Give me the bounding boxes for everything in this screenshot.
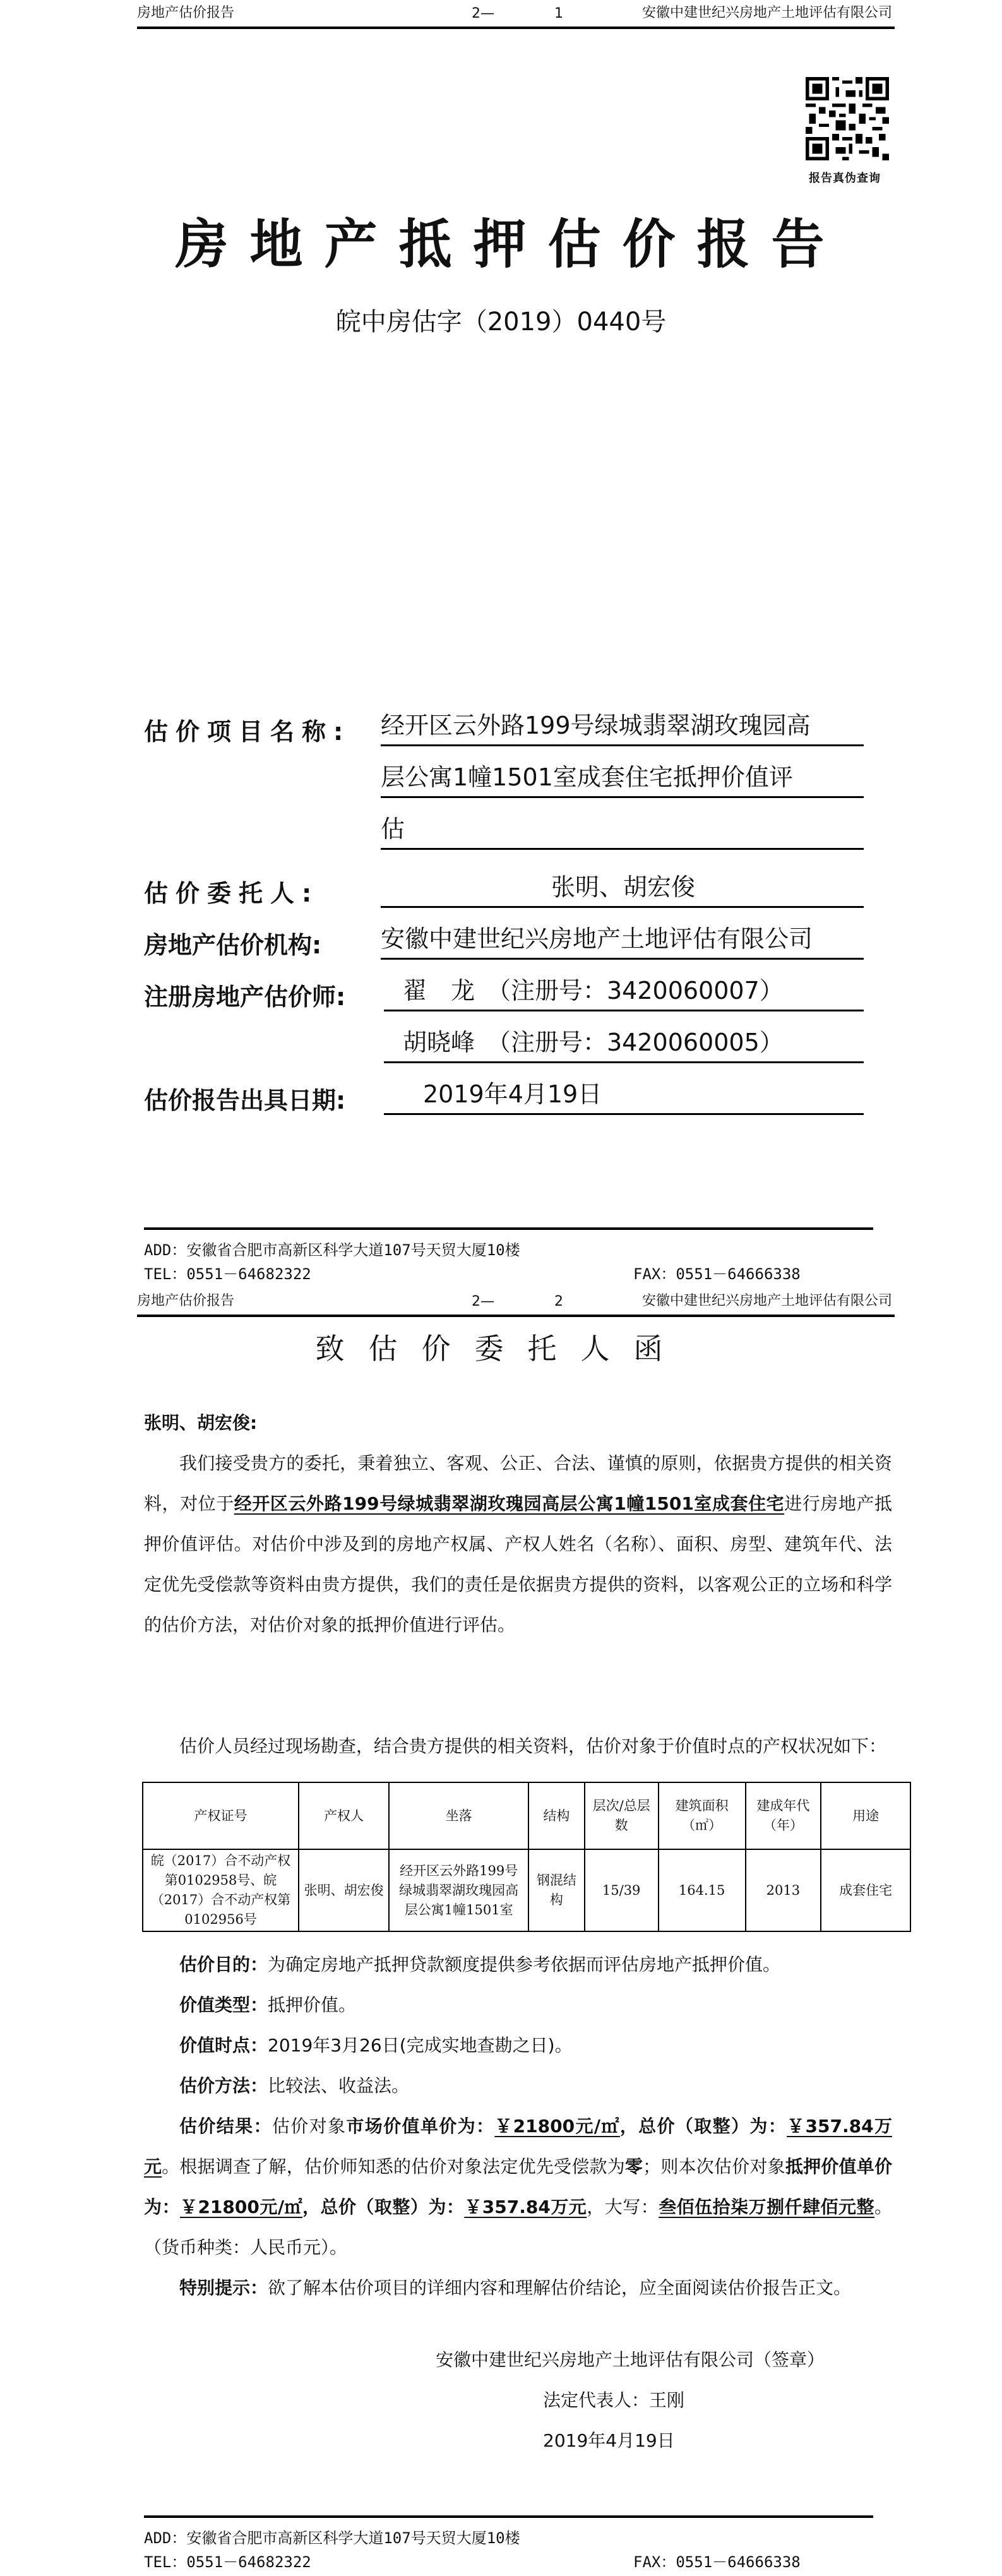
priority-claim-amount: 零 [625, 2156, 643, 2177]
signature-company: 安徽中建世纪兴房地产土地评估有限公司（签章） [436, 2346, 825, 2371]
header-report-type: 房地产估价报告 [137, 1290, 234, 1309]
agency-value: 安徽中建世纪兴房地产土地评估有限公司 [381, 919, 813, 954]
signature-date: 2019年4月19日 [543, 2427, 675, 2452]
page-header: 房地产估价报告 2—1 安徽中建世纪兴房地产土地评估有限公司 [137, 0, 895, 29]
salutation: 张明、胡宏俊: [144, 1403, 892, 1443]
qr-code-icon[interactable] [806, 77, 889, 160]
page-header: 房地产估价报告 2—2 安徽中建世纪兴房地产土地评估有限公司 [137, 1288, 895, 1317]
footer-fax: FAX：0551－64666338 [633, 1261, 801, 1284]
special-notice: 特别提示：欲了解本估价项目的详细内容和理解估价结论，应全面阅读估价报告正文。 [144, 2268, 892, 2308]
report-verification[interactable]: 报告真伪查询 [801, 77, 889, 186]
valuation-result: 估价结果：估价对象市场价值单价为：￥21800元/㎡，总价（取整）为：￥357.… [144, 2106, 892, 2268]
footer-fax: FAX：0551－64666338 [633, 2549, 801, 2572]
header-company: 安徽中建世纪兴房地产土地评估有限公司 [642, 1290, 892, 1309]
header-page-number: 2—2 [472, 1294, 563, 1309]
project-name-line1: 经开区云外路199号绿城翡翠湖玫瑰园高 [381, 706, 811, 741]
appraiser-label: 注册房地产估价师: [144, 977, 345, 1012]
table-header-row: 产权证号 产权人 坐落 结构 层次/总层数 建筑面积（㎡） 建成年代（年） 用途 [143, 1782, 910, 1849]
footer-tel: TEL：0551－64682322 [144, 2549, 311, 2572]
project-name-line2: 层公寓1幢1501室成套住宅抵押价值评 [381, 758, 793, 792]
mortgage-total-price: ￥357.84万元 [464, 2197, 587, 2217]
client-label: 估价委托人: [144, 874, 319, 909]
report-date-value: 2019年4月19日 [423, 1075, 602, 1109]
project-name-line3: 估 [381, 809, 405, 844]
header-report-type: 房地产估价报告 [137, 2, 234, 21]
appraiser-1: 翟 龙 （注册号：3420060007） [403, 971, 784, 1006]
value-date-line: 价值时点：2019年3月26日(完成实地查勘之日)。 [144, 2025, 892, 2066]
footer-address: ADD：安徽省合肥市高新区科学大道107号天贸大厦10楼 [144, 2525, 520, 2548]
header-page-number: 2—1 [472, 6, 563, 21]
market-unit-price: ￥21800元/㎡ [494, 2116, 620, 2137]
table-row: 皖（2017）合不动产权第0102958号、皖（2017）合不动产权第01029… [143, 1849, 910, 1931]
intro-paragraph: 我们接受贵方的委托，秉着独立、客观、公正、合法、谨慎的原则，依据贵方提供的相关资… [144, 1443, 892, 1645]
client-value: 张明、胡宏俊 [551, 868, 695, 902]
method-line: 估价方法：比较法、收益法。 [144, 2066, 892, 2106]
property-address: 经开区云外路199号绿城翡翠湖玫瑰园高层公寓1幢1501室成套住宅 [234, 1493, 784, 1514]
status-paragraph: 估价人员经过现场勘查，结合贵方提供的相关资料，估价对象于价值时点的产权状况如下： [144, 1726, 892, 1767]
purpose-line: 估价目的：为确定房地产抵押贷款额度提供参考依据而评估房地产抵押价值。 [144, 1945, 892, 1985]
qr-label: 报告真伪查询 [801, 169, 889, 186]
amount-in-words: 叁佰伍拾柒万捌仟肆佰元整 [659, 2197, 874, 2217]
footer-address: ADD：安徽省合肥市高新区科学大道107号天贸大厦10楼 [144, 1237, 520, 1260]
mortgage-unit-price: ￥21800元/㎡ [180, 2197, 302, 2217]
header-company: 安徽中建世纪兴房地产土地评估有限公司 [642, 2, 892, 21]
signature-representative: 法定代表人：王刚 [543, 2387, 684, 2412]
report-number: 皖中房估字（2019）0440号 [0, 302, 1002, 338]
project-name-label: 估价项目名称: [144, 712, 350, 747]
property-table: 产权证号 产权人 坐落 结构 层次/总层数 建筑面积（㎡） 建成年代（年） 用途… [142, 1782, 911, 1932]
footer-tel: TEL：0551－64682322 [144, 1261, 311, 1284]
agency-label: 房地产估价机构: [144, 926, 321, 960]
value-type-line: 价值类型：抵押价值。 [144, 1985, 892, 2025]
appraiser-2: 胡晓峰 （注册号：3420060005） [403, 1023, 784, 1058]
report-title: 房地产抵押估价报告 [0, 202, 1002, 278]
footer-divider [144, 1227, 873, 1230]
letter-title: 致估价委托人函 [0, 1326, 1002, 1368]
footer-divider [144, 2515, 873, 2518]
report-date-label: 估价报告出具日期: [144, 1081, 345, 1116]
